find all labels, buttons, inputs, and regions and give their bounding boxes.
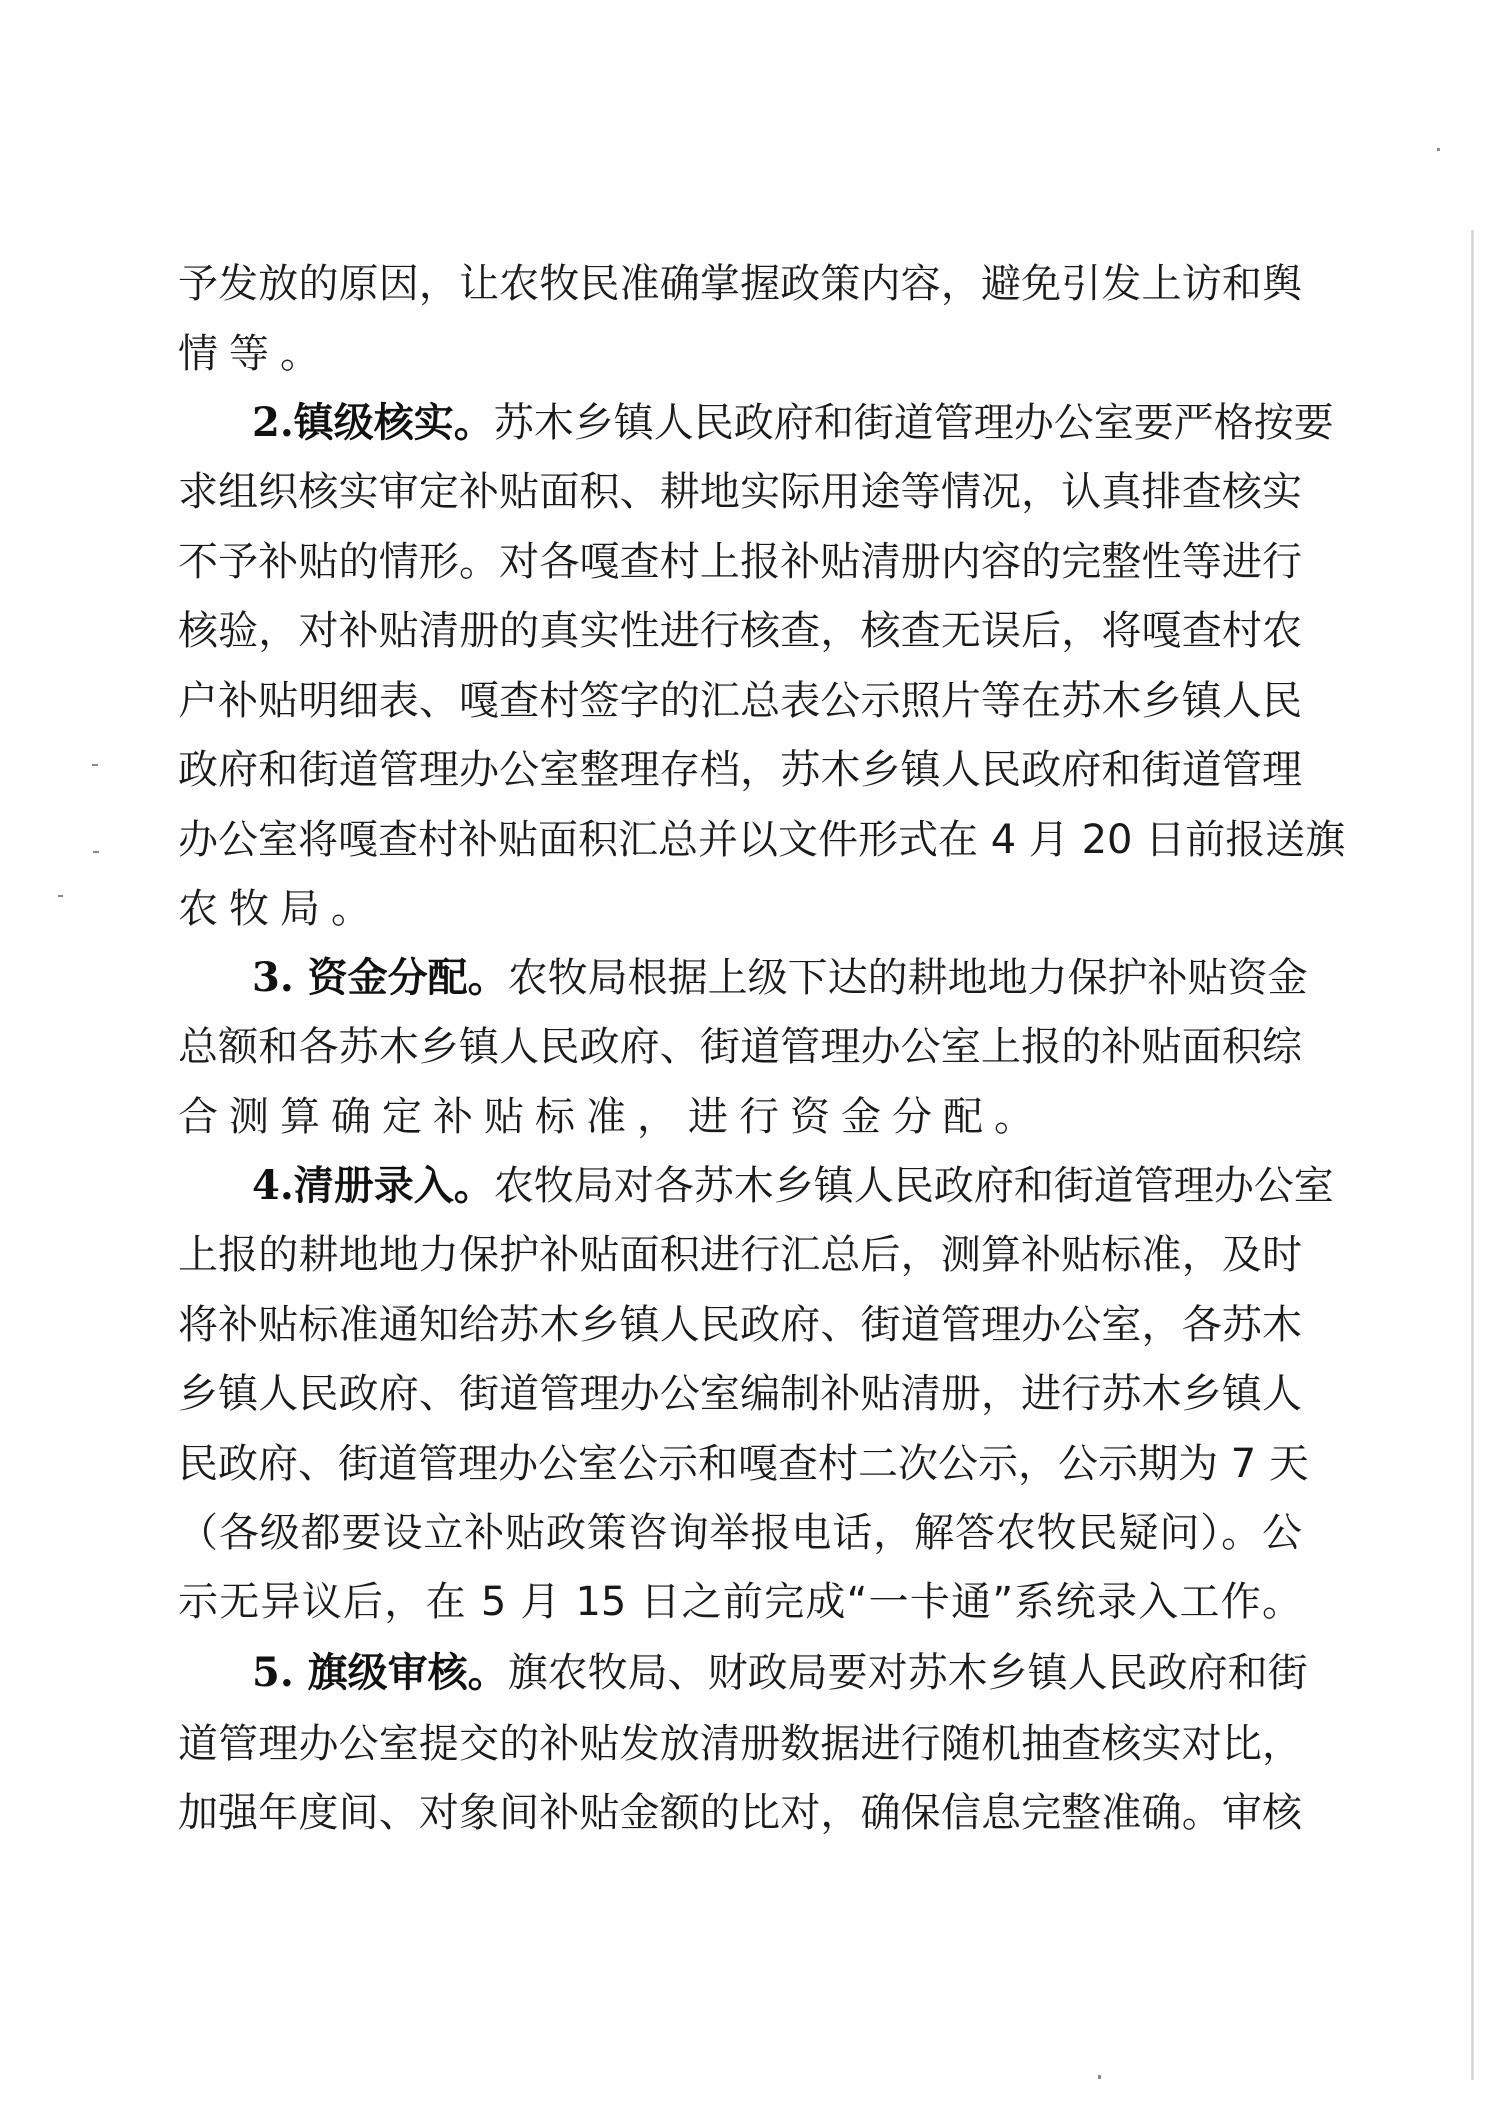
paragraph-line: 乡镇人民政府、街道管理办公室编制补贴清册，进行苏木乡镇人 (178, 1369, 1302, 1419)
line-text: 不予补贴的情形。对各嘎查村上报补贴清册内容的完整性等进行 (178, 539, 1302, 585)
line-text: 将补贴标准通知给苏木乡镇人民政府、街道管理办公室，各苏木 (178, 1302, 1302, 1348)
line-text: 农牧局。 (178, 886, 382, 932)
paragraph-line: 予发放的原因，让农牧民准确掌握政策内容，避免引发上访和舆 (178, 259, 1302, 309)
line-text: 核验，对补贴清册的真实性进行核查，核查无误后，将嘎查村农 (178, 608, 1302, 654)
section-heading: 5. 旗级审核。 (252, 1649, 508, 1696)
line-text: 民政府、街道管理办公室公示和嘎查村二次公示，公示期为 7 天 (178, 1441, 1309, 1487)
section-heading-line: 5. 旗级审核。旗农牧局、财政局要对苏木乡镇人民政府和街 (252, 1648, 1302, 1698)
paragraph-line: 总额和各苏木乡镇人民政府、街道管理办公室上报的补贴面积综 (178, 1022, 1302, 1072)
line-text: 合测算确定补贴标准，进行资金分配。 (178, 1094, 1045, 1140)
line-text: 乡镇人民政府、街道管理办公室编制补贴清册，进行苏木乡镇人 (178, 1371, 1302, 1417)
line-text: 旗农牧局、财政局要对苏木乡镇人民政府和街 (508, 1650, 1308, 1696)
line-text: 道管理办公室提交的补贴发放清册数据进行随机抽查核实对比， (178, 1721, 1302, 1767)
paragraph-line: 道管理办公室提交的补贴发放清册数据进行随机抽查核实对比， (178, 1719, 1302, 1769)
line-text: 予发放的原因，让农牧民准确掌握政策内容，避免引发上访和舆 (178, 261, 1302, 307)
paragraph-line: （各级都要设立补贴政策咨询举报电话，解答农牧民疑问）。公 (178, 1508, 1302, 1558)
section-heading: 3. 资金分配。 (252, 954, 508, 1001)
document-page: 予发放的原因，让农牧民准确掌握政策内容，避免引发上访和舆情等。2.镇级核实。苏木… (0, 0, 1488, 2104)
section-heading-line: 2.镇级核实。苏木乡镇人民政府和街道管理办公室要严格按要 (252, 398, 1302, 448)
scan-speck (1437, 148, 1440, 151)
paragraph-line: 示无异议后，在 5 月 15 日之前完成“一卡通”系统录入工作。 (178, 1577, 1302, 1627)
paragraph-line: 民政府、街道管理办公室公示和嘎查村二次公示，公示期为 7 天 (178, 1439, 1302, 1489)
line-text: 示无异议后，在 5 月 15 日之前完成“一卡通”系统录入工作。 (178, 1579, 1302, 1625)
line-text: 总额和各苏木乡镇人民政府、街道管理办公室上报的补贴面积综 (178, 1024, 1302, 1070)
line-text: （各级都要设立补贴政策咨询举报电话，解答农牧民疑问）。公 (178, 1510, 1302, 1556)
line-text: 上报的耕地地力保护补贴面积进行汇总后，测算补贴标准，及时 (178, 1232, 1302, 1278)
line-text: 户补贴明细表、嘎查村签字的汇总表公示照片等在苏木乡镇人民 (178, 678, 1302, 724)
paragraph-line: 政府和街道管理办公室整理存档，苏木乡镇人民政府和街道管理 (178, 745, 1302, 795)
paragraph-line: 上报的耕地地力保护补贴面积进行汇总后，测算补贴标准，及时 (178, 1230, 1302, 1280)
paragraph-line: 加强年度间、对象间补贴金额的比对，确保信息完整准确。审核 (178, 1788, 1302, 1838)
paragraph-line: 情等。 (178, 329, 1302, 379)
paragraph-line: 核验，对补贴清册的真实性进行核查，核查无误后，将嘎查村农 (178, 606, 1302, 656)
section-heading: 4.清册录入。 (252, 1162, 494, 1209)
line-text: 办公室将嘎查村补贴面积汇总并以文件形式在 4 月 20 日前报送旗 (178, 817, 1345, 863)
line-text: 情等。 (178, 331, 331, 377)
line-text: 政府和街道管理办公室整理存档，苏木乡镇人民政府和街道管理 (178, 747, 1302, 793)
line-text: 求组织核实审定补贴面积、耕地实际用途等情况，认真排查核实 (178, 469, 1302, 515)
paragraph-line: 将补贴标准通知给苏木乡镇人民政府、街道管理办公室，各苏木 (178, 1300, 1302, 1350)
scan-speck (92, 764, 98, 766)
scan-speck (1098, 2075, 1101, 2079)
paragraph-line: 合测算确定补贴标准，进行资金分配。 (178, 1092, 1302, 1142)
line-text: 农牧局对各苏木乡镇人民政府和街道管理办公室 (494, 1163, 1334, 1209)
paragraph-line: 农牧局。 (178, 884, 1302, 934)
paragraph-line: 办公室将嘎查村补贴面积汇总并以文件形式在 4 月 20 日前报送旗 (178, 815, 1302, 865)
scan-speck (58, 895, 63, 897)
section-heading: 2.镇级核实。 (252, 399, 494, 446)
scan-edge-line (1471, 230, 1474, 2080)
line-text: 农牧局根据上级下达的耕地地力保护补贴资金 (508, 955, 1308, 1001)
line-text: 苏木乡镇人民政府和街道管理办公室要严格按要 (494, 400, 1334, 446)
paragraph-line: 求组织核实审定补贴面积、耕地实际用途等情况，认真排查核实 (178, 467, 1302, 517)
paragraph-line: 不予补贴的情形。对各嘎查村上报补贴清册内容的完整性等进行 (178, 537, 1302, 587)
paragraph-line: 户补贴明细表、嘎查村签字的汇总表公示照片等在苏木乡镇人民 (178, 676, 1302, 726)
section-heading-line: 3. 资金分配。农牧局根据上级下达的耕地地力保护补贴资金 (252, 953, 1302, 1003)
scan-speck (93, 851, 99, 853)
section-heading-line: 4.清册录入。农牧局对各苏木乡镇人民政府和街道管理办公室 (252, 1161, 1302, 1211)
line-text: 加强年度间、对象间补贴金额的比对，确保信息完整准确。审核 (178, 1790, 1302, 1836)
